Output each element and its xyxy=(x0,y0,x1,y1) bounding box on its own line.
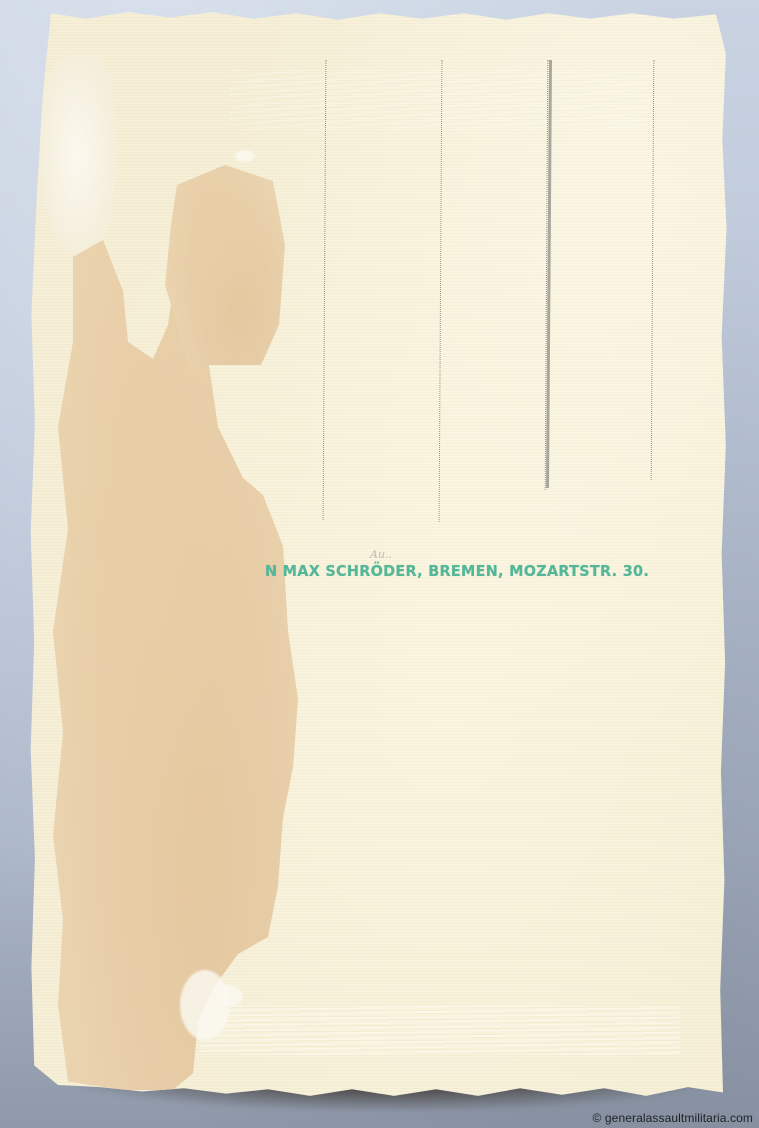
torn-paper-residue xyxy=(48,240,298,1090)
copyright-watermark: © generalassaultmilitaria.com xyxy=(593,1111,753,1125)
dotted-guide-line xyxy=(651,60,655,480)
postcard-back: Au.. N MAX SCHRÖDER, BREMEN, MOZARTSTR. … xyxy=(30,10,730,1098)
white-paper-fragment xyxy=(215,985,243,1007)
torn-paper-residue-upper xyxy=(165,165,285,365)
white-paper-fragment xyxy=(235,150,255,162)
pencil-mark: Au.. xyxy=(370,548,392,561)
publisher-imprint: N MAX SCHRÖDER, BREMEN, MOZARTSTR. 30. xyxy=(265,562,649,580)
paper-streaks-top xyxy=(230,70,650,130)
paper-streaks-bottom xyxy=(200,1005,680,1055)
white-paper-patch xyxy=(40,55,115,255)
